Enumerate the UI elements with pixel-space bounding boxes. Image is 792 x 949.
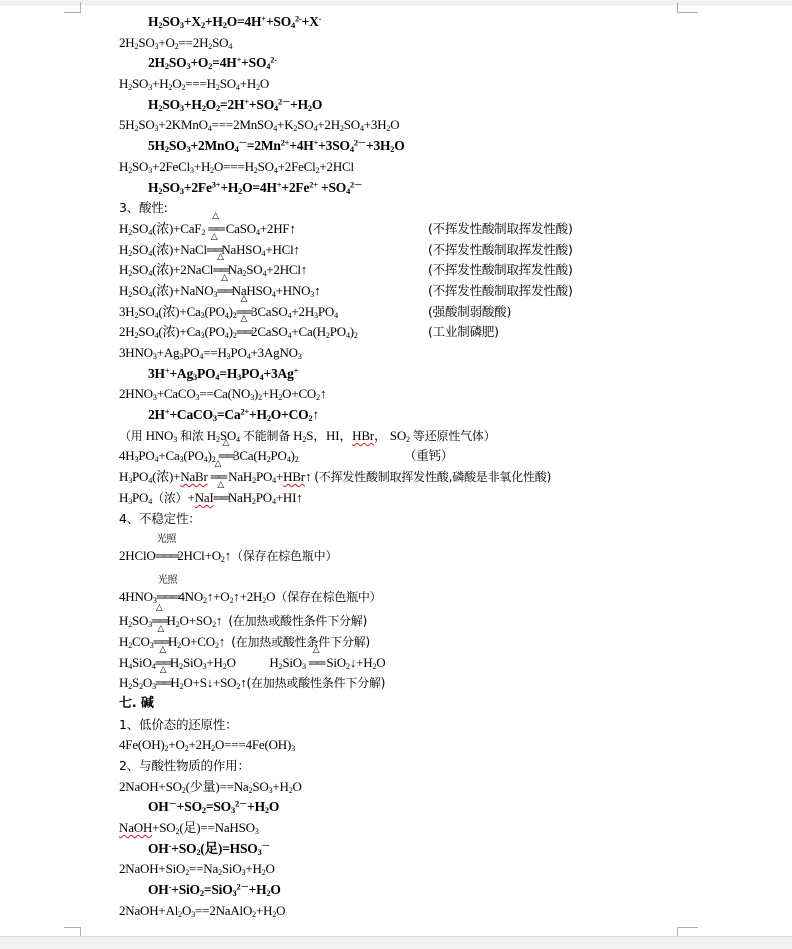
equation-line: H2SO4(浓)+2NaCl△══Na2SO4+2HCl↑(不挥发性酸制取挥发性… [119, 260, 719, 281]
equation-text: H3PO4(浓)+NaBr △══ NaH2PO4+HBr↑ (不挥发性酸制取挥… [119, 467, 551, 488]
top-page-gap [0, 0, 792, 5]
equation-text: 4H3PO4+Ca3(PO4)2 △══3Ca(H2PO4)2 [119, 446, 299, 467]
equation-line: 2、与酸性物质的作用： [119, 756, 719, 777]
equation-text: 2H++CaCO3=Ca2++H2O+CO2↑ [148, 405, 319, 426]
equation-line: H2SO3+H2O2=2H++SO42－+H2O [119, 95, 719, 116]
equation-text: （用 HNO3 和浓 H2SO4 不能制备 H2S，HI，HBr， SO2 等还… [119, 426, 496, 447]
equation-text: 1、低价态的还原性： [119, 715, 237, 736]
equation-line: 2HNO3+CaCO3==Ca(NO3)2+H2O+CO2↑ [119, 384, 719, 405]
equation-text: 2H2SO3+O2=4H++SO42- [148, 53, 277, 74]
equation-note: (工业制磷肥) [428, 322, 499, 343]
equation-line: H3PO4(浓)+NaBr △══ NaH2PO4+HBr↑ (不挥发性酸制取挥… [119, 467, 719, 488]
equation-text: H2S2O3△══H2O+S↓+SO2↑(在加热或酸性条件下分解) [119, 673, 385, 694]
equation-text: H2SO3+2Fe3++H2O=4H++2Fe2+ +SO42－ [148, 178, 362, 199]
equation-line: 3HNO3+Ag3PO4==H3PO4+3AgNO3 [119, 343, 719, 364]
equation-text: 2HClO光照═══2HCl+O2↑（保存在棕色瓶中） [119, 546, 337, 566]
equation-line: H4SiO4△══H2SiO3+H2O H2SiO3 △══ SiO2↓+H2O [119, 653, 719, 674]
equation-text: OH－+SO2=SO32－+H2O [148, 797, 279, 818]
equation-line: H2SO3+2FeCl3+H2O===H2SO4+2FeCl2+2HCl [119, 157, 719, 178]
equation-text: 3、酸性: [119, 198, 168, 219]
equation-note: (不挥发性酸制取挥发性酸) [428, 240, 573, 261]
equation-line: 2NaOH+SO2(少量)==Na2SO3+H2O [119, 777, 719, 798]
equation-text: NaOH+SO2(足)==NaHSO3 [119, 818, 259, 839]
equation-line: H2SO3△══H2O+SO2↑ (在加热或酸性条件下分解) [119, 611, 719, 632]
equation-text: 2H2SO3+O2==2H2SO4 [119, 33, 232, 54]
equation-text: 七. 碱 [119, 694, 154, 715]
equation-line: 4、不稳定性： [119, 509, 719, 530]
equation-note: （重钙） [404, 446, 453, 467]
equation-line: OH－+SO2=SO32－+H2O [119, 797, 719, 818]
equation-text: 2HNO3+CaCO3==Ca(NO3)2+H2O+CO2↑ [119, 384, 326, 405]
equation-text: H2SO3+2FeCl3+H2O===H2SO4+2FeCl2+2HCl [119, 157, 354, 178]
equation-text: 3HNO3+Ag3PO4==H3PO4+3AgNO3 [119, 343, 302, 364]
equation-text: 2NaOH+SiO2==Na2SiO3+H2O [119, 859, 275, 880]
equation-text: H2SO3+H2O2===H2SO4+H2O [119, 74, 269, 95]
equation-line: H2CO3△══H2O+CO2↑ (在加热或酸性条件下分解) [119, 632, 719, 653]
equation-line: H2SO3+H2O2===H2SO4+H2O [119, 74, 719, 95]
equation-line: NaOH+SO2(足)==NaHSO3 [119, 818, 719, 839]
equation-line: 4Fe(OH)2+O2+2H2O===4Fe(OH)3 [119, 735, 719, 756]
equation-text: H3PO4（浓）+NaI△══NaH2PO4+HI↑ [119, 488, 303, 509]
equation-line: 2H2SO3+O2==2H2SO4 [119, 33, 719, 54]
equation-text: 5H2SO3+2KMnO4===2MnSO4+K2SO4+2H2SO4+3H2O [119, 115, 399, 136]
document-page[interactable]: H2SO3+X2+H2O=4H++SO42-+X-2H2SO3+O2==2H2S… [119, 12, 719, 922]
equation-text: 4、不稳定性： [119, 509, 201, 530]
section-heading: 七. 碱 [119, 694, 719, 715]
equation-line: 3H2SO4(浓)+Ca3(PO4)2△══3CaSO4+2H3PO4(强酸制弱… [119, 302, 719, 323]
equation-line: 3H++Ag3PO4=H3PO4+3Ag+ [119, 364, 719, 385]
equation-text: H2SO3+X2+H2O=4H++SO42-+X- [148, 12, 321, 33]
equation-text: OH-+SO2(足)=HSO3－ [148, 839, 270, 860]
equation-line: OH-+SiO2=SiO32－+H2O [119, 880, 719, 901]
equation-line: H2SO3+X2+H2O=4H++SO42-+X- [119, 12, 719, 33]
equation-text: 2、与酸性物质的作用： [119, 756, 250, 777]
equation-line: 2HClO光照═══2HCl+O2↑（保存在棕色瓶中） [119, 529, 719, 570]
equation-note: (强酸制弱酸酸) [428, 302, 511, 323]
equation-line: 4HNO3光照═══4NO2↑+O2↑+2H2O（保存在棕色瓶中） [119, 570, 719, 611]
bottom-page-gap [0, 936, 792, 949]
equation-line: 1、低价态的还原性： [119, 715, 719, 736]
equation-text: H2SO4(浓)+NaNO3△══NaHSO4+HNO3↑ [119, 281, 321, 302]
equation-line: H3PO4（浓）+NaI△══NaH2PO4+HI↑ [119, 488, 719, 509]
equation-line: 2H2SO4(浓)+Ca3(PO4)2△══2CaSO4+Ca(H2PO4)2(… [119, 322, 719, 343]
equation-text: 5H2SO3+2MnO4－=2Mn2++4H++3SO42－+3H2O [148, 136, 405, 157]
equation-text: H2SO3+H2O2=2H++SO42－+H2O [148, 95, 322, 116]
equation-text: H2SO4(浓)+2NaCl△══Na2SO4+2HCl↑ [119, 260, 307, 281]
equation-text: 4Fe(OH)2+O2+2H2O===4Fe(OH)3 [119, 735, 295, 756]
equation-line: H2SO3+2Fe3++H2O=4H++2Fe2+ +SO42－ [119, 178, 719, 199]
equation-line: 5H2SO3+2KMnO4===2MnSO4+K2SO4+2H2SO4+3H2O [119, 115, 719, 136]
equation-text: 3H2SO4(浓)+Ca3(PO4)2△══3CaSO4+2H3PO4 [119, 302, 338, 323]
equation-note: (不挥发性酸制取挥发性酸) [428, 281, 573, 302]
equation-note: (不挥发性酸制取挥发性酸) [428, 219, 573, 240]
equation-line: 2H++CaCO3=Ca2++H2O+CO2↑ [119, 405, 719, 426]
equation-note: (不挥发性酸制取挥发性酸) [428, 260, 573, 281]
equation-line: H2SO4(浓)+NaCl△══NaHSO4+HCl↑(不挥发性酸制取挥发性酸) [119, 240, 719, 261]
equation-text: 2NaOH+SO2(少量)==Na2SO3+H2O [119, 777, 302, 798]
equation-text: 2NaOH+Al2O3==2NaAlO2+H2O [119, 901, 285, 922]
equation-text: 2H2SO4(浓)+Ca3(PO4)2△══2CaSO4+Ca(H2PO4)2 [119, 322, 358, 343]
equation-line: 2NaOH+SiO2==Na2SiO3+H2O [119, 859, 719, 880]
equation-line: 2H2SO3+O2=4H++SO42- [119, 53, 719, 74]
margin-corner-mark-top-left [64, 2, 81, 13]
equation-line: 4H3PO4+Ca3(PO4)2 △══3Ca(H2PO4)2（重钙） [119, 446, 719, 467]
equation-line: 5H2SO3+2MnO4－=2Mn2++4H++3SO42－+3H2O [119, 136, 719, 157]
equation-text: 3H++Ag3PO4=H3PO4+3Ag+ [148, 364, 298, 385]
equation-line: 2NaOH+Al2O3==2NaAlO2+H2O [119, 901, 719, 922]
equation-text: OH-+SiO2=SiO32－+H2O [148, 880, 281, 901]
equation-line: H2S2O3△══H2O+S↓+SO2↑(在加热或酸性条件下分解) [119, 673, 719, 694]
equation-line: OH-+SO2(足)=HSO3－ [119, 839, 719, 860]
equation-line: H2SO4(浓)+NaNO3△══NaHSO4+HNO3↑(不挥发性酸制取挥发性… [119, 281, 719, 302]
equation-line: （用 HNO3 和浓 H2SO4 不能制备 H2S，HI，HBr， SO2 等还… [119, 426, 719, 447]
equation-text: H2SO4(浓)+NaCl△══NaHSO4+HCl↑ [119, 240, 300, 261]
